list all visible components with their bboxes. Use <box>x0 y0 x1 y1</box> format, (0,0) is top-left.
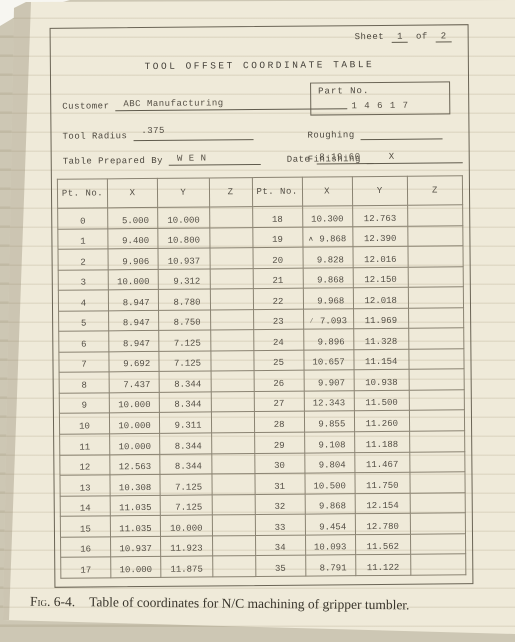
x-cell: 8.791 <box>305 555 355 576</box>
finishing-label: Finishing <box>308 154 361 164</box>
pt-no-cell: 28 <box>254 412 304 433</box>
tool-radius-label: Tool Radius <box>62 131 127 142</box>
y-cell-value: 11.467 <box>366 460 398 470</box>
y-cell: 11.923 <box>161 536 213 557</box>
pt-no-cell: 17 <box>61 557 111 578</box>
z-cell <box>408 225 463 246</box>
x-cell: 12.563 <box>110 454 160 475</box>
y-cell: 11.188 <box>354 431 409 452</box>
x-cell: 9.868 <box>305 493 355 514</box>
x-cell: 10.500 <box>305 473 355 494</box>
pt-no-cell: 34 <box>255 535 305 556</box>
x-cell-value: 10.000 <box>117 277 149 287</box>
x-cell-value: 9.968 <box>312 296 344 306</box>
form-title: TOOL OFFSET COORDINATE TABLE <box>51 58 468 73</box>
x-cell: 10.308 <box>110 475 160 496</box>
y-cell: 11.328 <box>353 328 408 349</box>
x-cell-value: 11.035 <box>119 524 151 534</box>
pt-no-cell: 3 <box>58 269 108 290</box>
y-cell-value: 7.125 <box>168 338 200 348</box>
x-cell-value: 10.000 <box>118 400 150 410</box>
x-cell: 9.968 <box>303 288 353 309</box>
z-cell <box>210 248 253 269</box>
customer-label: Customer <box>62 101 109 111</box>
sheet-label: Sheet <box>355 32 385 42</box>
coordinate-table-body: 05.00010.0001810.30012.76319.40010.80019… <box>58 205 466 579</box>
part-no-label: Part No. <box>318 86 369 96</box>
y-cell-value: 8.344 <box>169 379 201 389</box>
y-cell-value: 11.969 <box>365 316 397 326</box>
y-cell: 8.780 <box>158 289 210 310</box>
y-cell-value: 11.328 <box>365 337 397 347</box>
y-cell-value: 11.500 <box>365 398 397 408</box>
x-cell-value: 9.868 <box>314 501 346 511</box>
pt-no-cell: 9 <box>59 393 109 414</box>
y-cell-value: 11.260 <box>366 419 398 429</box>
z-cell <box>409 431 464 452</box>
y-cell-value: 12.018 <box>364 296 396 306</box>
x-cell: 9.868 <box>303 267 353 288</box>
finishing-value: X <box>367 151 463 164</box>
y-cell: 12.018 <box>353 287 408 308</box>
y-cell: 10.000 <box>158 207 210 228</box>
y-cell-value: 11.562 <box>367 542 399 552</box>
y-cell: 12.150 <box>353 267 408 288</box>
x-cell-value: 10.500 <box>313 481 345 491</box>
sheet-indicator: Sheet 1 of 2 <box>355 31 454 43</box>
x-cell-value: 10.308 <box>119 483 151 493</box>
sheet-total: 2 <box>436 31 452 42</box>
x-cell-value: 7.437 <box>118 380 150 390</box>
x-cell-value: 10.000 <box>119 442 151 452</box>
y-cell: 7.125 <box>160 474 212 495</box>
pt-no-cell: 29 <box>254 432 304 453</box>
z-cell <box>210 289 253 310</box>
x-cell: 10.093 <box>305 534 355 555</box>
z-cell <box>408 205 463 226</box>
pt-no-cell: 33 <box>255 514 305 535</box>
pt-no-cell: 6 <box>59 331 109 352</box>
z-cell <box>408 266 463 287</box>
pt-no-cell: 18 <box>252 206 302 227</box>
z-cell <box>409 369 464 390</box>
pt-no-cell: 4 <box>58 290 108 311</box>
x-cell-value: 9.692 <box>118 359 150 369</box>
pt-no-cell: 16 <box>61 537 111 558</box>
table-row: 1710.00011.875358.79111.122 <box>61 554 466 578</box>
x-cell-value: 12.563 <box>119 462 151 472</box>
y-cell: 10.938 <box>354 370 409 391</box>
x-cell-value: 5.000 <box>117 216 149 226</box>
z-cell <box>409 328 464 349</box>
y-cell: 8.344 <box>159 392 211 413</box>
col-header-pt-no-right: Pt. No. <box>252 177 302 206</box>
y-cell-value: 11.923 <box>170 544 202 554</box>
y-cell: 11.562 <box>355 534 410 555</box>
y-cell: 12.016 <box>353 246 408 267</box>
pt-no-cell: 12 <box>60 454 110 475</box>
x-cell: 9.454 <box>305 514 355 535</box>
x-cell: 8.947 <box>109 331 159 352</box>
z-cell <box>408 307 463 328</box>
z-cell <box>211 433 254 454</box>
x-cell: 10.300 <box>302 206 352 227</box>
y-cell-value: 11.750 <box>366 480 398 490</box>
y-cell-value: 8.780 <box>168 297 200 307</box>
x-cell: 9.855 <box>304 411 354 432</box>
z-cell <box>408 287 463 308</box>
z-cell <box>409 410 464 431</box>
y-cell: 9.311 <box>159 412 211 433</box>
y-cell: 7.125 <box>159 351 211 372</box>
figure-caption-text: Table of coordinates for N/C machining o… <box>89 594 409 612</box>
pt-no-cell: 27 <box>254 391 304 412</box>
y-cell: 10.800 <box>158 227 210 248</box>
pt-no-cell: 15 <box>60 516 110 537</box>
y-cell-value: 11.154 <box>365 357 397 367</box>
y-cell-value: 8.750 <box>168 318 200 328</box>
z-cell <box>210 330 253 351</box>
col-header-y-left: Y <box>157 178 209 207</box>
y-cell-value: 8.344 <box>169 441 201 451</box>
roughing-value <box>361 137 443 140</box>
y-cell-value: 10.000 <box>167 215 199 225</box>
coordinate-table: Pt. No. X Y Z Pt. No. X Y Z 05.00010.000… <box>57 175 466 579</box>
roughing-field: Roughing <box>307 129 442 140</box>
y-cell: 11.122 <box>355 555 410 576</box>
x-cell: 9.906 <box>108 248 158 269</box>
pt-no-cell: 5 <box>59 311 109 332</box>
x-cell-value: 10.657 <box>312 358 344 368</box>
pt-no-cell: 8 <box>59 372 109 393</box>
y-cell-value: 7.125 <box>170 503 202 513</box>
y-cell-value: 12.016 <box>364 254 396 264</box>
x-cell-value: 8.947 <box>117 298 149 308</box>
y-cell: 12.390 <box>352 226 407 247</box>
z-cell <box>212 556 255 577</box>
pt-no-cell: 0 <box>58 208 108 229</box>
pt-no-cell: 19 <box>252 227 302 248</box>
pt-no-cell: 35 <box>255 555 305 576</box>
x-cell-value: 9.868 <box>314 234 346 244</box>
z-cell <box>210 268 253 289</box>
x-cell: 8.947 <box>109 310 159 331</box>
x-cell: 10.000 <box>111 557 161 578</box>
x-cell: 5.000 <box>108 207 158 228</box>
pt-no-cell: 24 <box>253 329 303 350</box>
z-cell <box>211 391 254 412</box>
y-cell-value: 9.311 <box>169 421 201 431</box>
pt-no-cell: 25 <box>253 350 303 371</box>
tool-radius-value: .375 <box>141 126 165 136</box>
y-cell: 10.000 <box>160 515 212 536</box>
x-cell-value: 9.828 <box>311 255 343 265</box>
y-cell-value: 12.763 <box>364 213 396 223</box>
y-cell-value: 12.150 <box>364 275 396 285</box>
pt-no-cell: 1 <box>58 228 108 249</box>
x-cell-value: 9.907 <box>313 378 345 388</box>
z-cell <box>411 554 466 575</box>
tool-radius-field: Tool Radius .375 <box>62 128 253 142</box>
y-cell-value: 7.125 <box>169 359 201 369</box>
y-cell: 9.312 <box>158 269 210 290</box>
y-cell: 12.154 <box>355 493 410 514</box>
pt-no-cell: 22 <box>253 288 303 309</box>
x-cell-value: 9.896 <box>312 337 344 347</box>
col-header-pt-no-left: Pt. No. <box>57 179 107 208</box>
handwritten-mark: ʌ <box>309 236 313 244</box>
x-cell: 10.000 <box>109 413 159 434</box>
y-cell-value: 11.875 <box>170 565 202 575</box>
x-cell: 11.035 <box>110 495 160 516</box>
y-cell: 10.937 <box>158 248 210 269</box>
x-cell: ∕7.093 <box>303 308 353 329</box>
y-cell-value: 12.780 <box>366 522 398 532</box>
x-cell: 11.035 <box>110 516 160 537</box>
z-cell <box>410 451 465 472</box>
z-cell <box>211 350 254 371</box>
x-cell: 7.437 <box>109 372 159 393</box>
x-cell-value: 9.400 <box>117 236 149 246</box>
y-cell-value: 12.154 <box>366 501 398 511</box>
x-cell-value: 10.000 <box>120 565 152 575</box>
pt-no-cell: 26 <box>254 371 304 392</box>
pt-no-cell: 10 <box>59 413 109 434</box>
x-cell-value: 10.937 <box>119 544 151 554</box>
z-cell <box>408 246 463 267</box>
y-cell: 11.500 <box>354 390 409 411</box>
x-cell-value: 9.906 <box>117 257 149 267</box>
z-cell <box>211 371 254 392</box>
pt-no-cell: 23 <box>253 309 303 330</box>
coordinate-table-wrap: Pt. No. X Y Z Pt. No. X Y Z 05.00010.000… <box>57 175 466 579</box>
y-cell-value: 10.000 <box>170 523 202 533</box>
pt-no-cell: 21 <box>253 268 303 289</box>
y-cell-value: 12.390 <box>364 234 396 244</box>
x-cell-value: 8.947 <box>117 318 149 328</box>
x-cell-value: 8.947 <box>118 339 150 349</box>
z-cell <box>211 453 254 474</box>
col-header-y-right: Y <box>352 176 408 205</box>
x-cell-value: 10.093 <box>314 543 346 553</box>
pt-no-cell: 14 <box>60 495 110 516</box>
pt-no-cell: 13 <box>60 475 110 496</box>
x-cell: 8.947 <box>108 290 158 311</box>
x-cell-value: 10.000 <box>118 421 150 431</box>
x-cell: 10.000 <box>110 433 160 454</box>
pt-no-cell: 7 <box>59 352 109 373</box>
pt-no-cell: 31 <box>255 473 305 494</box>
z-cell <box>211 412 254 433</box>
z-cell <box>212 494 255 515</box>
x-cell: 9.907 <box>304 370 354 391</box>
scanned-page: Sheet 1 of 2 TOOL OFFSET COORDINATE TABL… <box>0 0 515 642</box>
y-cell-value: 8.344 <box>169 400 201 410</box>
table-header-row: Pt. No. X Y Z Pt. No. X Y Z <box>57 176 462 209</box>
y-cell: 8.750 <box>159 310 211 331</box>
x-cell: 9.692 <box>109 351 159 372</box>
y-cell: 7.125 <box>159 330 211 351</box>
prepared-by-label: Table Prepared By <box>63 156 163 167</box>
y-cell-value: 11.122 <box>367 563 399 573</box>
y-cell-value: 10.937 <box>168 256 200 266</box>
z-cell <box>409 390 464 411</box>
figure-label: Fig. 6-4. <box>30 594 75 609</box>
y-cell: 12.763 <box>352 205 407 226</box>
y-cell-value: 8.344 <box>169 462 201 472</box>
x-cell: 12.343 <box>304 391 354 412</box>
x-cell-value: 9.804 <box>313 460 345 470</box>
x-cell-value: 8.791 <box>314 563 346 573</box>
x-cell: 9.400 <box>108 228 158 249</box>
sheet-number: 1 <box>392 32 408 43</box>
z-cell <box>209 227 252 248</box>
y-cell: 7.125 <box>160 495 212 516</box>
customer-field: Customer ABC Manufacturing <box>62 97 347 111</box>
x-cell: 9.804 <box>304 452 354 473</box>
z-cell <box>212 535 255 556</box>
y-cell-value: 10.938 <box>365 378 397 388</box>
y-cell: 8.344 <box>160 433 212 454</box>
z-cell <box>410 513 465 534</box>
y-cell: 11.154 <box>353 349 408 370</box>
col-header-z-left: Z <box>209 178 252 207</box>
tool-offset-form: Sheet 1 of 2 TOOL OFFSET COORDINATE TABL… <box>50 24 474 588</box>
z-cell <box>210 309 253 330</box>
x-cell-value: 12.343 <box>313 399 345 409</box>
x-cell: 10.000 <box>108 269 158 290</box>
x-cell: 10.000 <box>109 392 159 413</box>
z-cell <box>410 472 465 493</box>
roughing-label: Roughing <box>307 130 354 140</box>
col-header-x-left: X <box>107 178 157 207</box>
of-label: of <box>416 32 428 42</box>
x-cell-value: 10.300 <box>311 214 343 224</box>
y-cell-value: 7.125 <box>170 482 202 492</box>
x-cell: ʌ9.868 <box>302 226 352 247</box>
x-cell-value: 9.868 <box>312 275 344 285</box>
pt-no-cell: 20 <box>253 247 303 268</box>
y-cell: 11.467 <box>354 452 409 473</box>
x-cell: 9.108 <box>304 432 354 453</box>
pt-no-cell: 11 <box>60 434 110 455</box>
y-cell: 11.260 <box>354 411 409 432</box>
x-cell: 10.657 <box>303 350 353 371</box>
z-cell <box>409 349 464 370</box>
x-cell: 10.937 <box>111 536 161 557</box>
z-cell <box>209 207 252 228</box>
pt-no-cell: 32 <box>255 494 305 515</box>
finishing-field: Finishing X <box>308 151 463 164</box>
y-cell-value: 11.188 <box>366 439 398 449</box>
handwritten-mark: ∕ <box>309 318 313 326</box>
x-cell-value: 11.035 <box>119 503 151 513</box>
pt-no-cell: 2 <box>58 249 108 270</box>
x-cell: 9.828 <box>303 247 353 268</box>
y-cell: 11.969 <box>353 308 408 329</box>
y-cell: 11.875 <box>161 556 213 577</box>
x-cell-value: 9.454 <box>314 522 346 532</box>
y-cell: 11.750 <box>355 472 410 493</box>
prepared-by-value: W E N <box>169 153 261 166</box>
z-cell <box>410 492 465 513</box>
z-cell <box>212 474 255 495</box>
x-cell-value: 7.093 <box>315 317 347 327</box>
customer-value: ABC Manufacturing <box>115 97 347 111</box>
x-cell: 9.896 <box>303 329 353 350</box>
pt-no-cell: 30 <box>254 453 304 474</box>
z-cell <box>212 515 255 536</box>
y-cell: 12.780 <box>355 513 410 534</box>
x-cell-value: 9.108 <box>313 440 345 450</box>
z-cell <box>410 533 465 554</box>
y-cell: 8.344 <box>159 371 211 392</box>
x-cell-value: 9.855 <box>313 419 345 429</box>
y-cell-value: 10.800 <box>168 236 200 246</box>
y-cell: 8.344 <box>160 454 212 475</box>
col-header-x-right: X <box>302 177 352 206</box>
y-cell-value: 9.312 <box>168 277 200 287</box>
col-header-z-right: Z <box>407 176 462 205</box>
